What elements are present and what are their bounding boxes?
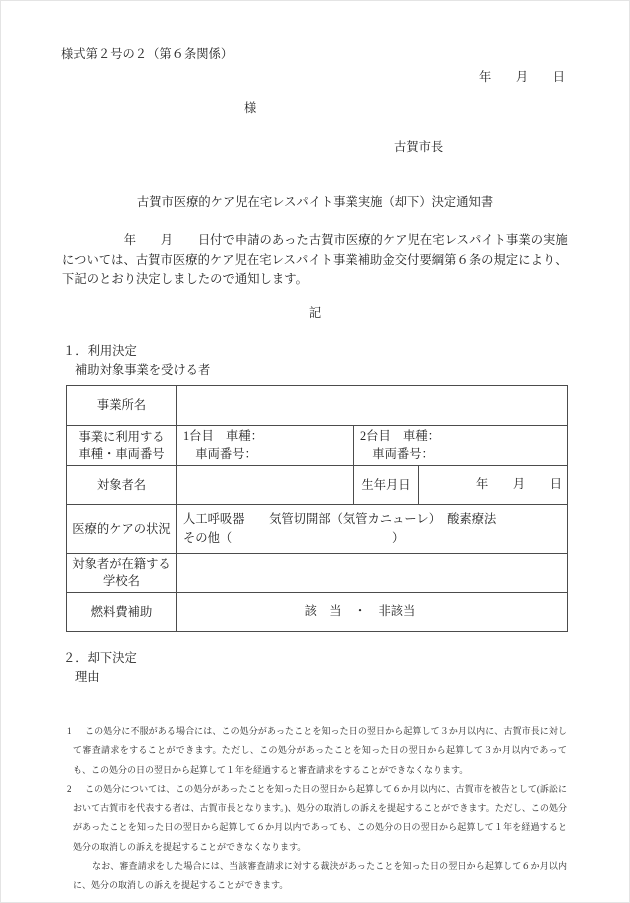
section1-subheading: 補助対象事業を受ける者 xyxy=(75,363,210,377)
table-row-vehicles: 事業に利用する 車種・車両番号 1台目 車種： 車両番号： 2台目 車種： 車両… xyxy=(67,426,568,466)
vehicle1-cell: 1台目 車種： 車両番号： xyxy=(177,426,354,466)
section2-heading: ２．却下決定 xyxy=(63,651,137,665)
legal-notes: 1この処分に不服がある場合には、この処分があったことを知った日の翌日から起算して… xyxy=(73,722,567,896)
addressee-honorific: 様 xyxy=(244,101,256,115)
body-paragraph: 年 月 日付で申請のあった古賀市医療的ケア児在宅レスパイト事業の実施 については… xyxy=(62,231,572,290)
vehicle-label-line1: 事業に利用する xyxy=(69,429,174,446)
table-row-office: 事業所名 xyxy=(67,386,568,426)
table-row-medical-care: 医療的ケアの状況 人工呼吸器 気管切開部（気管カニューレ） 酸素療法 その他（ … xyxy=(67,505,568,554)
vehicle2-number: 車両番号： xyxy=(360,446,563,464)
school-label: 対象者が在籍する 学校名 xyxy=(67,554,177,593)
sender-name: 古賀市長 xyxy=(394,140,443,154)
medical-care-options: 人工呼吸器 気管切開部（気管カニューレ） 酸素療法 その他（ ） xyxy=(177,505,568,554)
vehicle1-model: 1台目 車種： xyxy=(183,428,349,446)
note-2-text: この処分については、この処分があったことを知った日の翌日から起算して６か月以内に… xyxy=(73,784,567,852)
document-page: 様式第２号の２（第６条関係） 年 月 日 様 古賀市長 古賀市医療的ケア児在宅レ… xyxy=(0,0,630,903)
school-label-line2: 学校名 xyxy=(69,573,174,590)
vehicle-label-line2: 車種・車両番号 xyxy=(69,446,174,463)
body-line-1: 年 月 日付で申請のあった古賀市医療的ケア児在宅レスパイト事業の実施 xyxy=(62,231,572,251)
note-1-number: 1 xyxy=(67,722,72,741)
vehicle-label: 事業に利用する 車種・車両番号 xyxy=(67,426,177,466)
vehicle2-model: 2台目 車種： xyxy=(360,428,563,446)
form-number: 様式第２号の２（第６条関係） xyxy=(61,47,233,61)
date-line: 年 月 日 xyxy=(479,70,565,84)
note-2-number: 2 xyxy=(67,780,72,799)
note-1: 1この処分に不服がある場合には、この処分があったことを知った日の翌日から起算して… xyxy=(73,722,567,780)
document-title: 古賀市医療的ケア児在宅レスパイト事業実施（却下）決定通知書 xyxy=(0,195,630,209)
school-label-line1: 対象者が在籍する xyxy=(69,556,174,573)
table-row-fuel: 燃料費補助 該 当 ・ 非該当 xyxy=(67,593,568,632)
table-row-school: 対象者が在籍する 学校名 xyxy=(67,554,568,593)
section2-subheading: 理由 xyxy=(75,670,100,684)
vehicle1-number: 車両番号： xyxy=(183,446,349,464)
school-value xyxy=(177,554,568,593)
body-line-2: については、古賀市医療的ケア児在宅レスパイト事業補助金交付要綱第６条の規定により… xyxy=(62,251,572,271)
medical-care-label: 医療的ケアの状況 xyxy=(67,505,177,554)
fuel-subsidy-label: 燃料費補助 xyxy=(67,593,177,632)
section1-heading: １．利用決定 xyxy=(63,344,137,358)
office-name-label: 事業所名 xyxy=(67,386,177,426)
record-marker: 記 xyxy=(0,306,630,320)
birthdate-label: 生年月日 xyxy=(354,466,419,505)
fuel-subsidy-value: 該 当 ・ 非該当 xyxy=(177,593,568,632)
medical-care-line1: 人工呼吸器 気管切開部（気管カニューレ） 酸素療法 xyxy=(183,510,563,529)
note-supplement: なお、審査請求をした場合には、当該審査請求に対する裁決があったことを知った日の翌… xyxy=(73,857,567,896)
table-row-subject: 対象者名 生年月日 年 月 日 xyxy=(67,466,568,505)
medical-care-line2: その他（ ） xyxy=(183,529,563,548)
body-line-3: 下記のとおり決定しましたので通知します。 xyxy=(62,270,572,290)
note-2: 2この処分については、この処分があったことを知った日の翌日から起算して６か月以内… xyxy=(73,780,567,857)
subject-name-value xyxy=(177,466,354,505)
note-1-text: この処分に不服がある場合には、この処分があったことを知った日の翌日から起算して３… xyxy=(73,726,567,775)
birthdate-value: 年 月 日 xyxy=(419,466,568,505)
recipient-info-table: 事業所名 事業に利用する 車種・車両番号 1台目 車種： 車両番号： 2台目 車… xyxy=(66,385,568,632)
vehicle2-cell: 2台目 車種： 車両番号： xyxy=(354,426,568,466)
subject-name-label: 対象者名 xyxy=(67,466,177,505)
office-name-value xyxy=(177,386,568,426)
